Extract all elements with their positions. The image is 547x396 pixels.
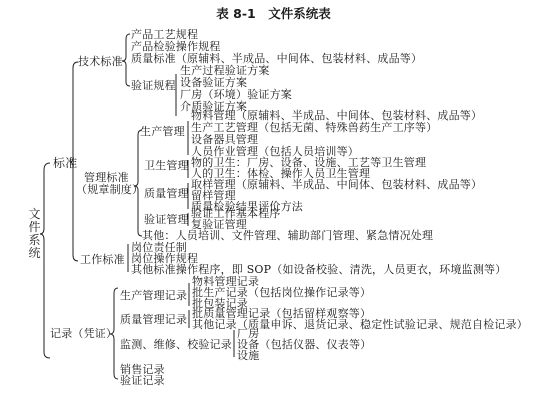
technical-standard-label: 技术标准 — [78, 56, 123, 68]
monitoring-records-label: 监测、维修、校验记录 — [120, 339, 232, 351]
work-standard-label: 工作标准 — [80, 254, 125, 266]
list-item: 其他标准操作程序，即 SOP（如设备校验、清洗，人员更衣，环境监测等） — [131, 264, 506, 276]
quality-records-label: 质量管理记录 — [120, 314, 187, 326]
management-standard-sublabel: （规章制度） — [76, 184, 143, 196]
list-item: 质量标准（原辅料、半成品、中间体、包装材料、成品等） — [131, 53, 422, 65]
validation-management-label: 验证管理 — [144, 214, 189, 226]
standard-label: 标准 — [53, 157, 77, 169]
validation-records-label: 验证记录 — [120, 375, 165, 387]
records-label: 记录（凭证） — [50, 328, 117, 340]
hygiene-management-label: 卫生管理 — [144, 160, 189, 172]
validation-procedure-label: 验证规程 — [131, 80, 176, 92]
quality-management-label: 质量管理 — [144, 188, 189, 200]
production-management-label: 生产管理 — [140, 126, 185, 138]
root-label: 文件系统 — [28, 208, 41, 260]
list-item: 设施 — [237, 350, 259, 362]
production-records-label: 生产管理记录 — [120, 290, 187, 302]
